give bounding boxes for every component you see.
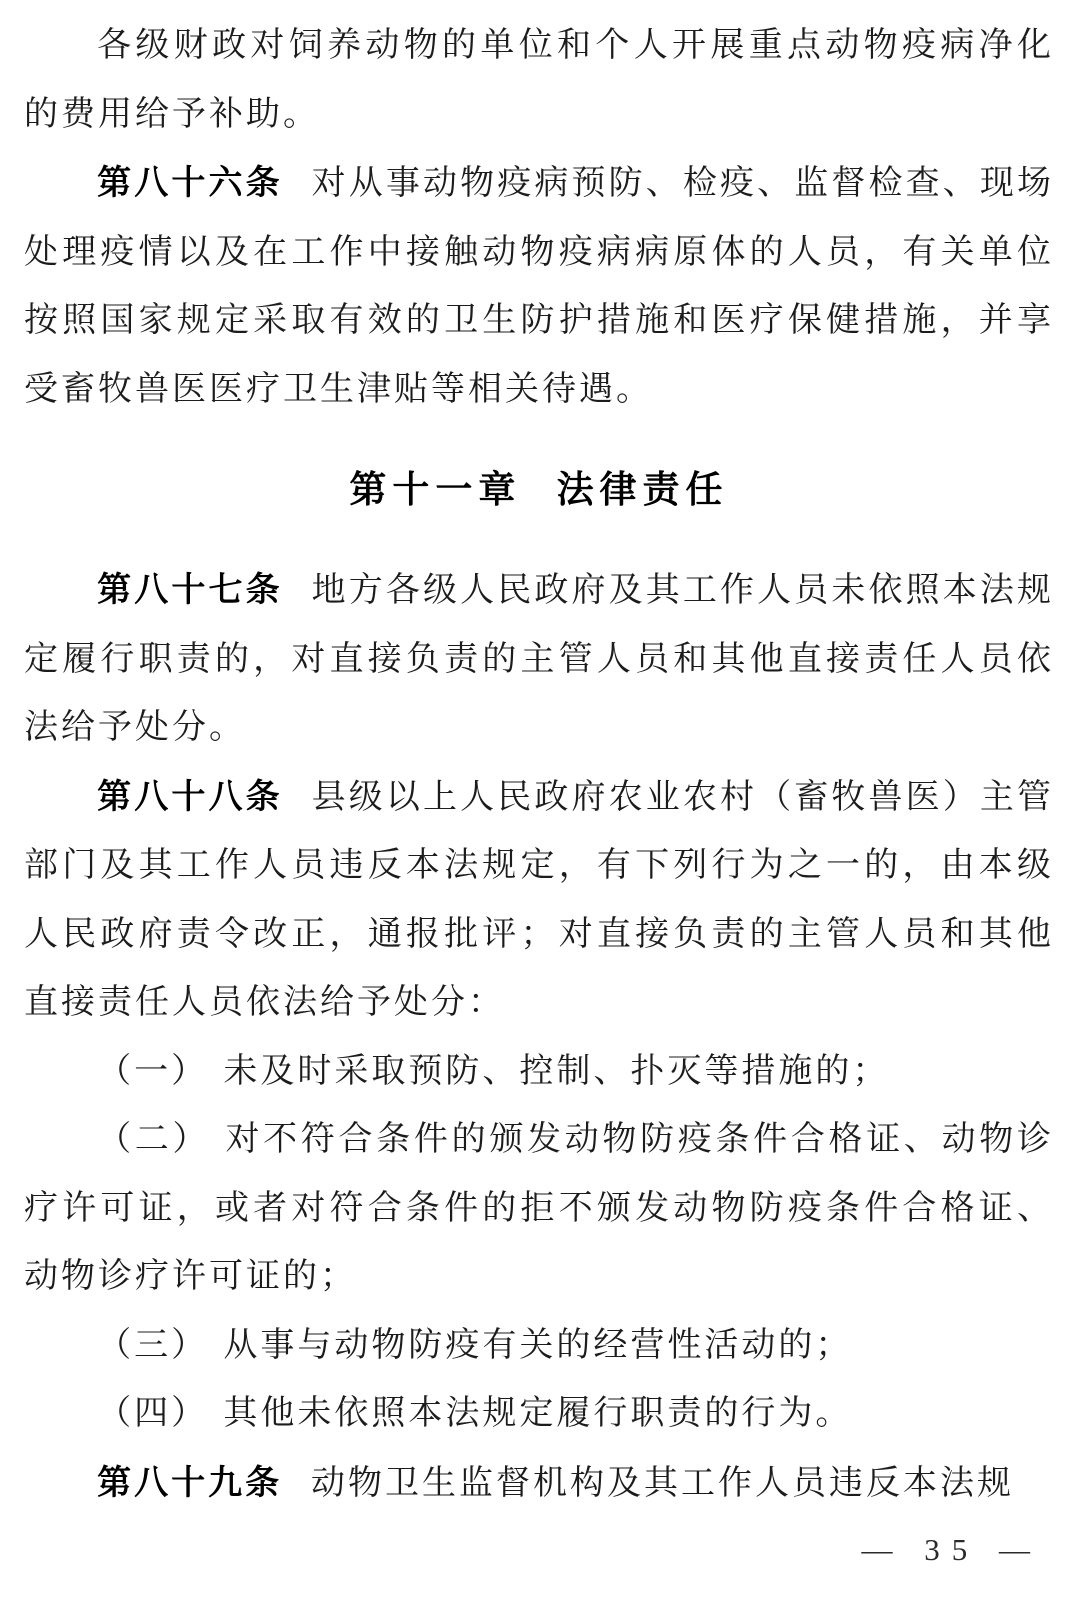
article-88-number: 第八十八条 bbox=[97, 778, 283, 816]
item-3-text: 从事与动物防疫有关的经营性活动的； bbox=[223, 1327, 852, 1364]
item-3-number: （三） bbox=[97, 1327, 208, 1364]
article-89: 第八十九条动物卫生监督机构及其工作人员违反本法规 bbox=[24, 1449, 1054, 1519]
article-87-number: 第八十七条 bbox=[97, 571, 283, 609]
item-4-number: （四） bbox=[97, 1395, 208, 1432]
item-1-number: （一） bbox=[97, 1053, 208, 1090]
chapter-11-heading: 第十一章法律责任 bbox=[24, 456, 1054, 524]
paragraph-text: 各级财政对饲养动物的单位和个人开展重点动物疫病净化的费用给予补助。 bbox=[24, 27, 1054, 133]
page-number: — 35 — bbox=[862, 1532, 1043, 1568]
article-87: 第八十七条地方各级人民政府及其工作人员未依照本法规定履行职责的，对直接负责的主管… bbox=[24, 556, 1054, 763]
item-1-text: 未及时采取预防、控制、扑灭等措施的； bbox=[223, 1053, 889, 1090]
article-89-text: 动物卫生监督机构及其工作人员违反本法规 bbox=[311, 1465, 1014, 1502]
article-88-item-1: （一）未及时采取预防、控制、扑灭等措施的； bbox=[24, 1038, 1054, 1107]
paragraph-funding-subsidy: 各级财政对饲养动物的单位和个人开展重点动物疫病净化的费用给予补助。 bbox=[24, 12, 1054, 149]
chapter-title: 法律责任 bbox=[557, 469, 729, 510]
article-89-number: 第八十九条 bbox=[97, 1464, 282, 1502]
article-88-item-4: （四）其他未依照本法规定履行职责的行为。 bbox=[24, 1380, 1054, 1449]
document-body: 各级财政对饲养动物的单位和个人开展重点动物疫病净化的费用给予补助。 第八十六条对… bbox=[0, 0, 1080, 1518]
article-88-item-2: （二）对不符合条件的颁发动物防疫条件合格证、动物诊疗许可证，或者对符合条件的拒不… bbox=[24, 1106, 1054, 1312]
document-page: 各级财政对饲养动物的单位和个人开展重点动物疫病净化的费用给予补助。 第八十六条对… bbox=[0, 0, 1080, 1597]
item-2-number: （二） bbox=[97, 1121, 210, 1158]
chapter-number: 第十一章 bbox=[349, 469, 521, 510]
article-86-number: 第八十六条 bbox=[97, 164, 283, 202]
article-86: 第八十六条对从事动物疫病预防、检疫、监督检查、现场处理疫情以及在工作中接触动物疫… bbox=[24, 149, 1054, 424]
item-4-text: 其他未依照本法规定履行职责的行为。 bbox=[223, 1395, 852, 1432]
article-88: 第八十八条县级以上人民政府农业农村（畜牧兽医）主管部门及其工作人员违反本法规定，… bbox=[24, 763, 1054, 1038]
article-88-item-3: （三）从事与动物防疫有关的经营性活动的； bbox=[24, 1312, 1054, 1381]
